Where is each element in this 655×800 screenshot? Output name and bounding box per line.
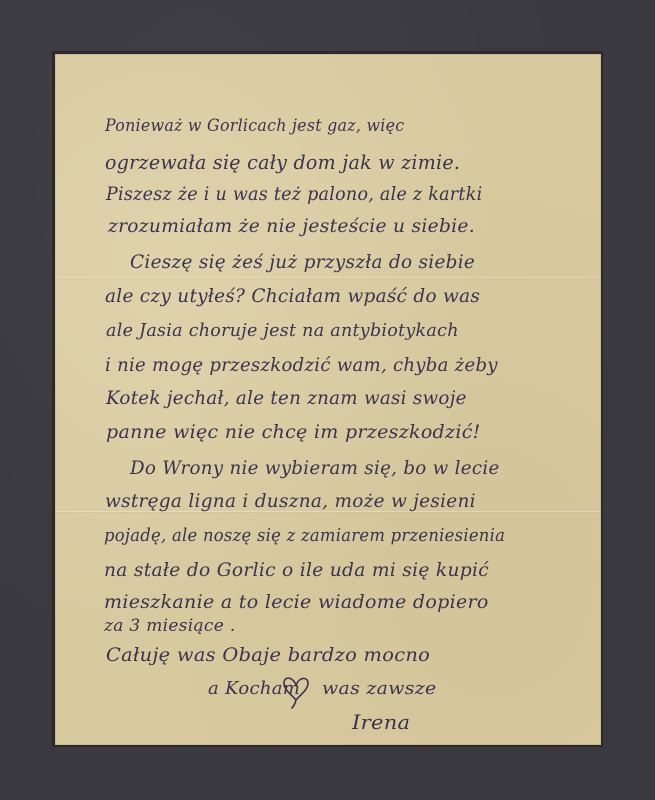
letter-line-2: ogrzewała się cały dom jak w zimie. [105, 150, 460, 174]
letter-line-11: Do Wrony nie wybieram się, bo w lecie [130, 457, 500, 479]
letter-line-3: Piszesz że i u was też palono, ale z kar… [106, 183, 482, 205]
letter-line-6: ale czy utyłeś? Chciałam wpaść do was [105, 285, 480, 307]
fold-line-upper [55, 277, 601, 279]
letter-line-7: ale Jasia choruje jest na antybiotykach [106, 320, 459, 341]
letter-line-12: wstręga ligna i duszna, może w jesieni [105, 490, 476, 512]
letter-line-10: panne więc nie chcę im przeszkodzić! [106, 421, 481, 443]
letter-line-4: zrozumiałam że nie jesteście u siebie. [108, 215, 475, 237]
letter-line-1: Ponieważ w Gorlicach jest gaz, więc [105, 116, 404, 136]
letter-line-14: na stałe do Gorlic o ile uda mi się kupi… [104, 559, 489, 581]
letter-line-13: pojadę, ale noszę się z zamiarem przenie… [104, 525, 505, 546]
letter-line-8: i nie mogę przeszkodzić wam, chyba żeby [105, 354, 498, 376]
closing-was-zawsze: was zawsze [322, 678, 437, 699]
heart-icon [282, 673, 310, 709]
letter-line-9: Kotek jechał, ale ten znam wasi swoje [106, 387, 467, 409]
letter-line-16: za 3 miesiące . [104, 616, 236, 636]
letter-line-5: Cieszę się żeś już przyszła do siebie [130, 251, 475, 273]
closing-line-1: Całuję was Obaje bardzo mocno [106, 644, 430, 666]
signature: Irena [352, 710, 410, 734]
letter-line-15: mieszkanie a to lecie wiadome dopiero [104, 591, 489, 613]
